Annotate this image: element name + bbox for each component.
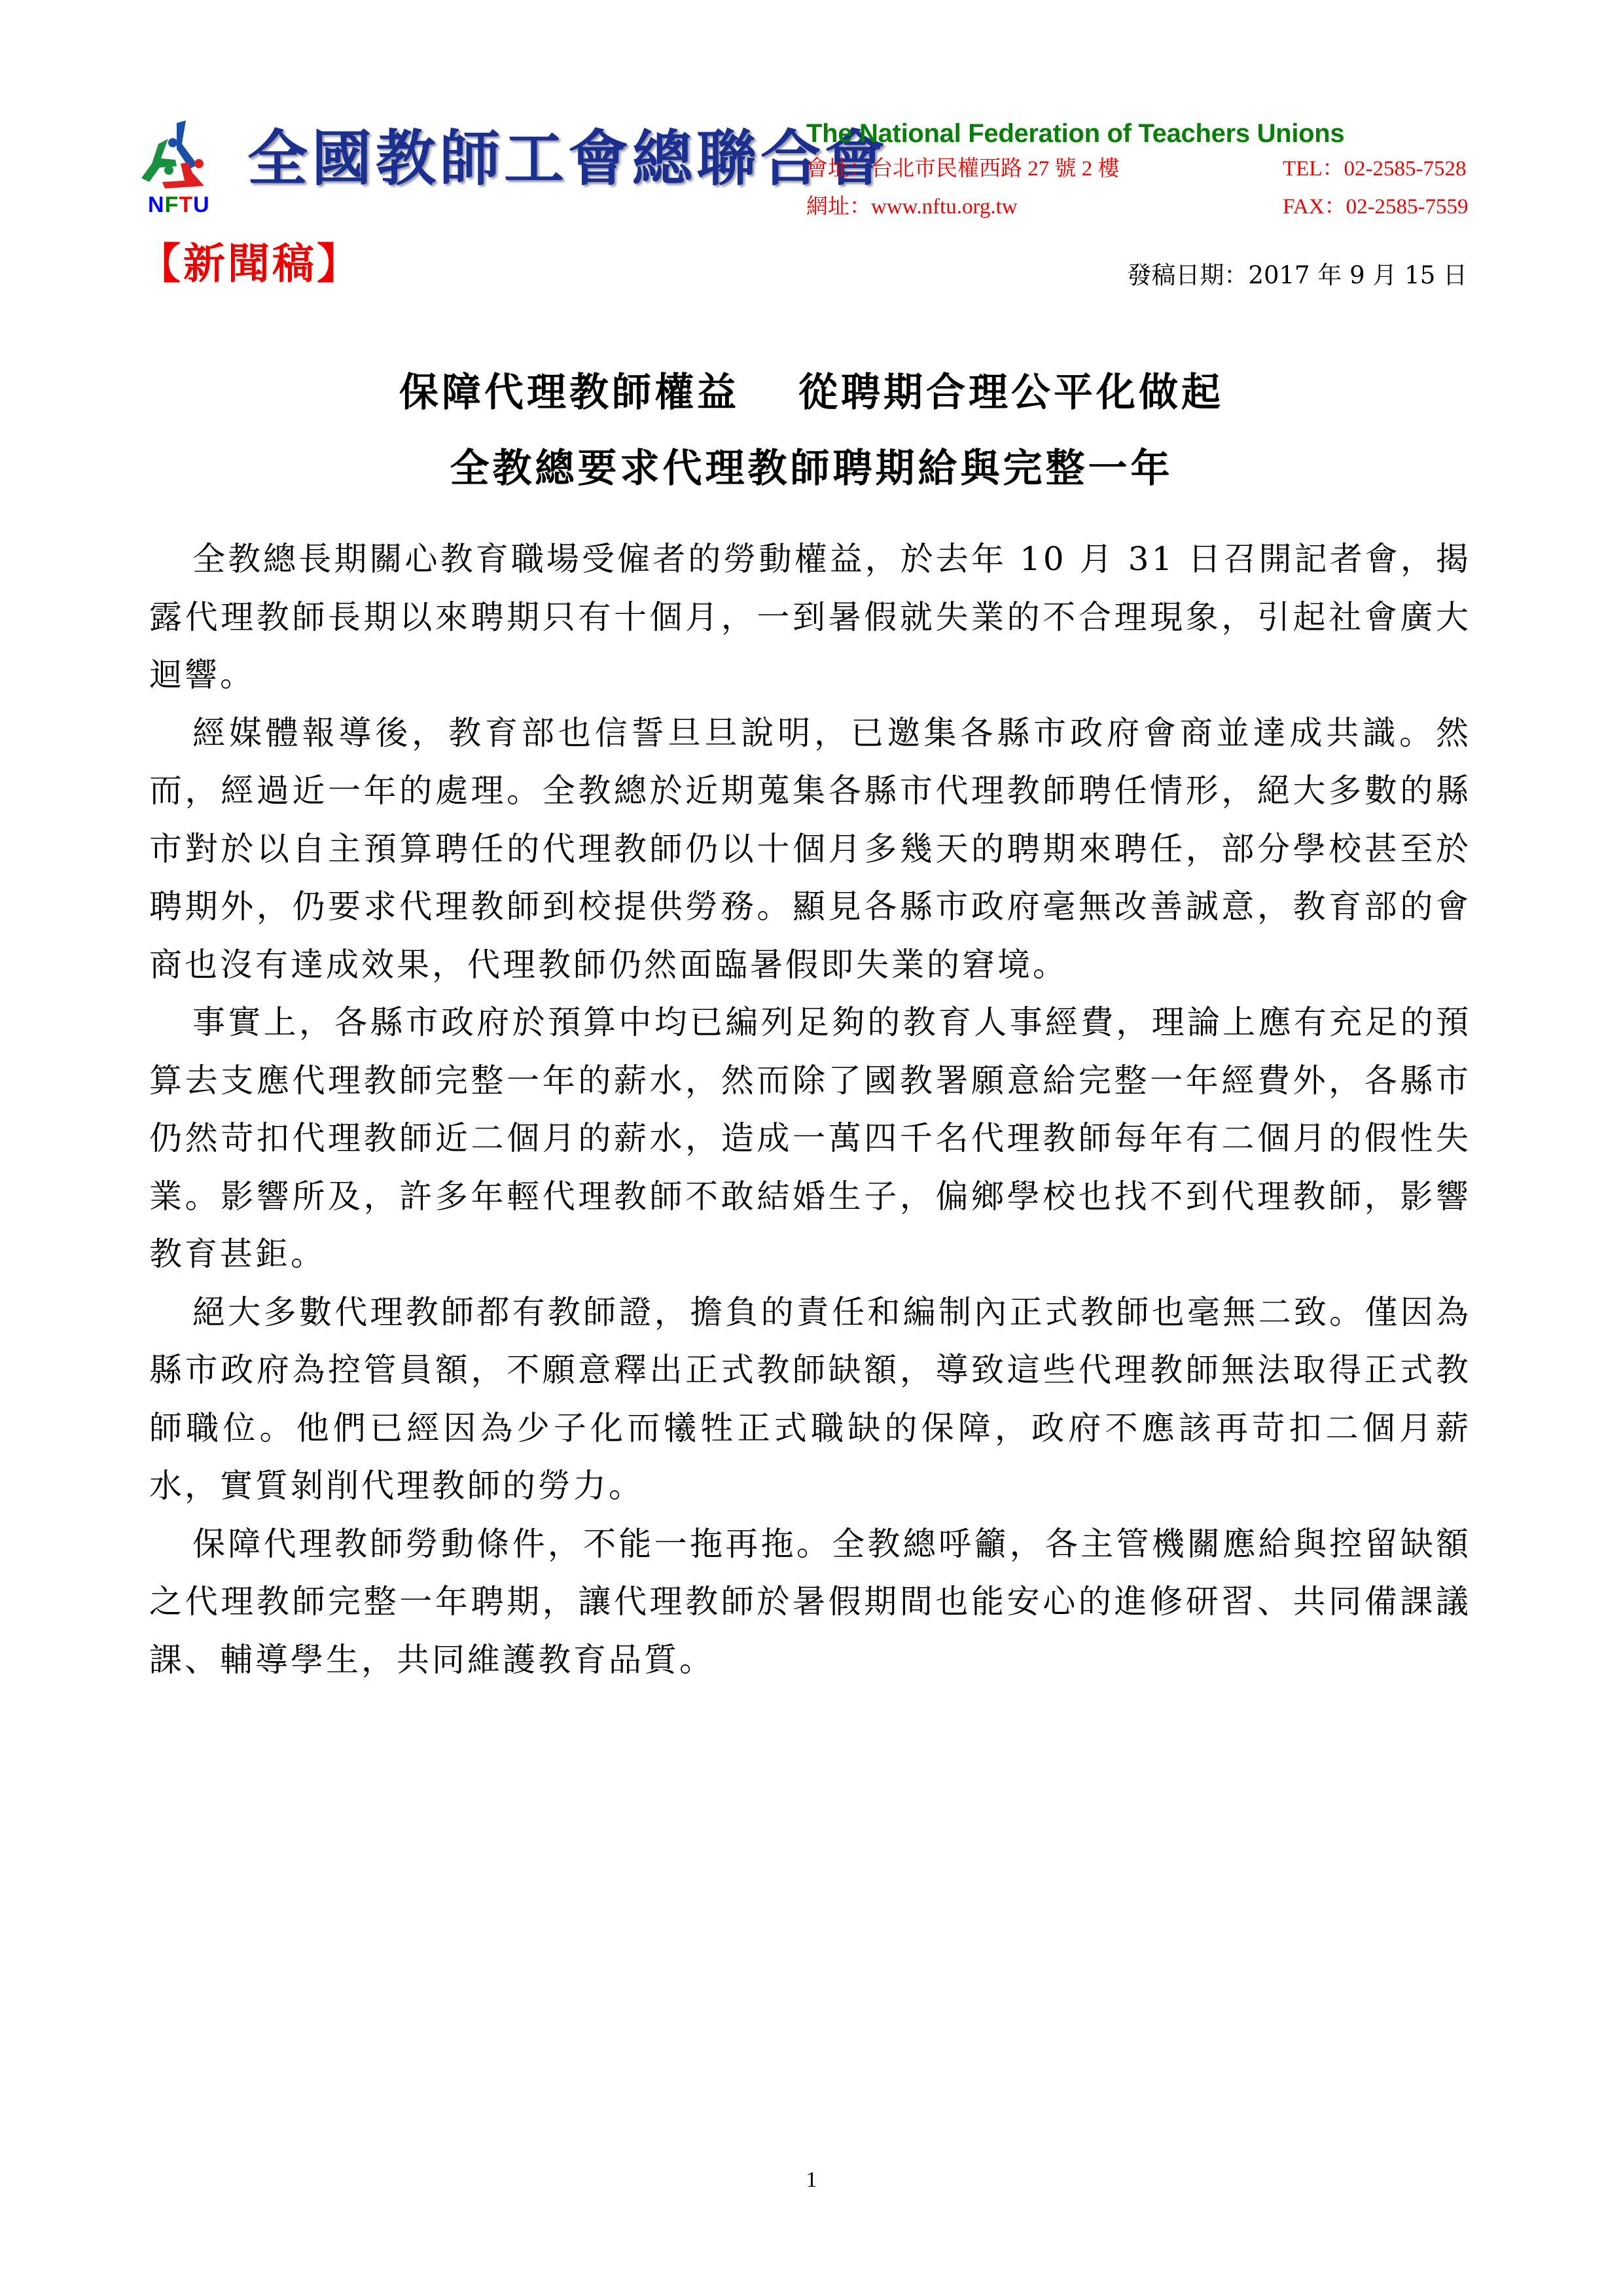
paragraph: 事實上，各縣市政府於預算中均已編列足夠的教育人事經費，理論上應有充足的預算去支應…: [149, 994, 1471, 1283]
paragraph: 絕大多數代理教師都有教師證，擔負的責任和編制內正式教師也毫無二致。僅因為縣市政府…: [149, 1283, 1471, 1515]
org-name-chinese: 全國教師工會總聯合會: [247, 128, 889, 188]
page-number: 1: [0, 2168, 1623, 2193]
fax: FAX：02-2585-7559: [1283, 196, 1469, 218]
headline-part-1: 保障代理教師權益: [399, 370, 740, 416]
headline: 保障代理教師權益從聘期合理公平化做起: [0, 373, 1623, 412]
paragraph: 全教總長期關心教育職場受僱者的勞動權益，於去年 10 月 31 日召開記者會，揭…: [149, 530, 1471, 704]
subheadline: 全教總要求代理教師聘期給與完整一年: [0, 449, 1623, 488]
press-release-tag: 【新聞稿】: [139, 243, 361, 285]
nftu-logo-three-figures-icon: [139, 118, 204, 190]
paragraph: 經媒體報導後，教育部也信誓旦旦說明，已邀集各縣市政府會商並達成共識。然而，經過近…: [149, 704, 1471, 994]
org-name-english: The National Federation of Teachers Unio…: [806, 119, 1344, 148]
logo-acronym: NFTU: [148, 194, 210, 216]
release-date: 發稿日期：2017 年 9 月 15 日: [1127, 263, 1467, 287]
website-link[interactable]: 網址：www.nftu.org.tw: [806, 196, 1018, 218]
press-release-page: NFTU 全國教師工會總聯合會 The National Federation …: [0, 0, 1623, 2296]
headline-part-2: 從聘期合理公平化做起: [798, 370, 1224, 416]
article-body: 全教總長期關心教育職場受僱者的勞動權益，於去年 10 月 31 日召開記者會，揭…: [149, 530, 1471, 1689]
paragraph: 保障代理教師勞動條件，不能一拖再拖。全教總呼籲，各主管機關應給與控留缺額之代理教…: [149, 1515, 1471, 1689]
address: 會址：台北市民權西路 27 號 2 樓: [806, 158, 1120, 180]
telephone: TEL：02-2585-7528: [1283, 158, 1466, 180]
